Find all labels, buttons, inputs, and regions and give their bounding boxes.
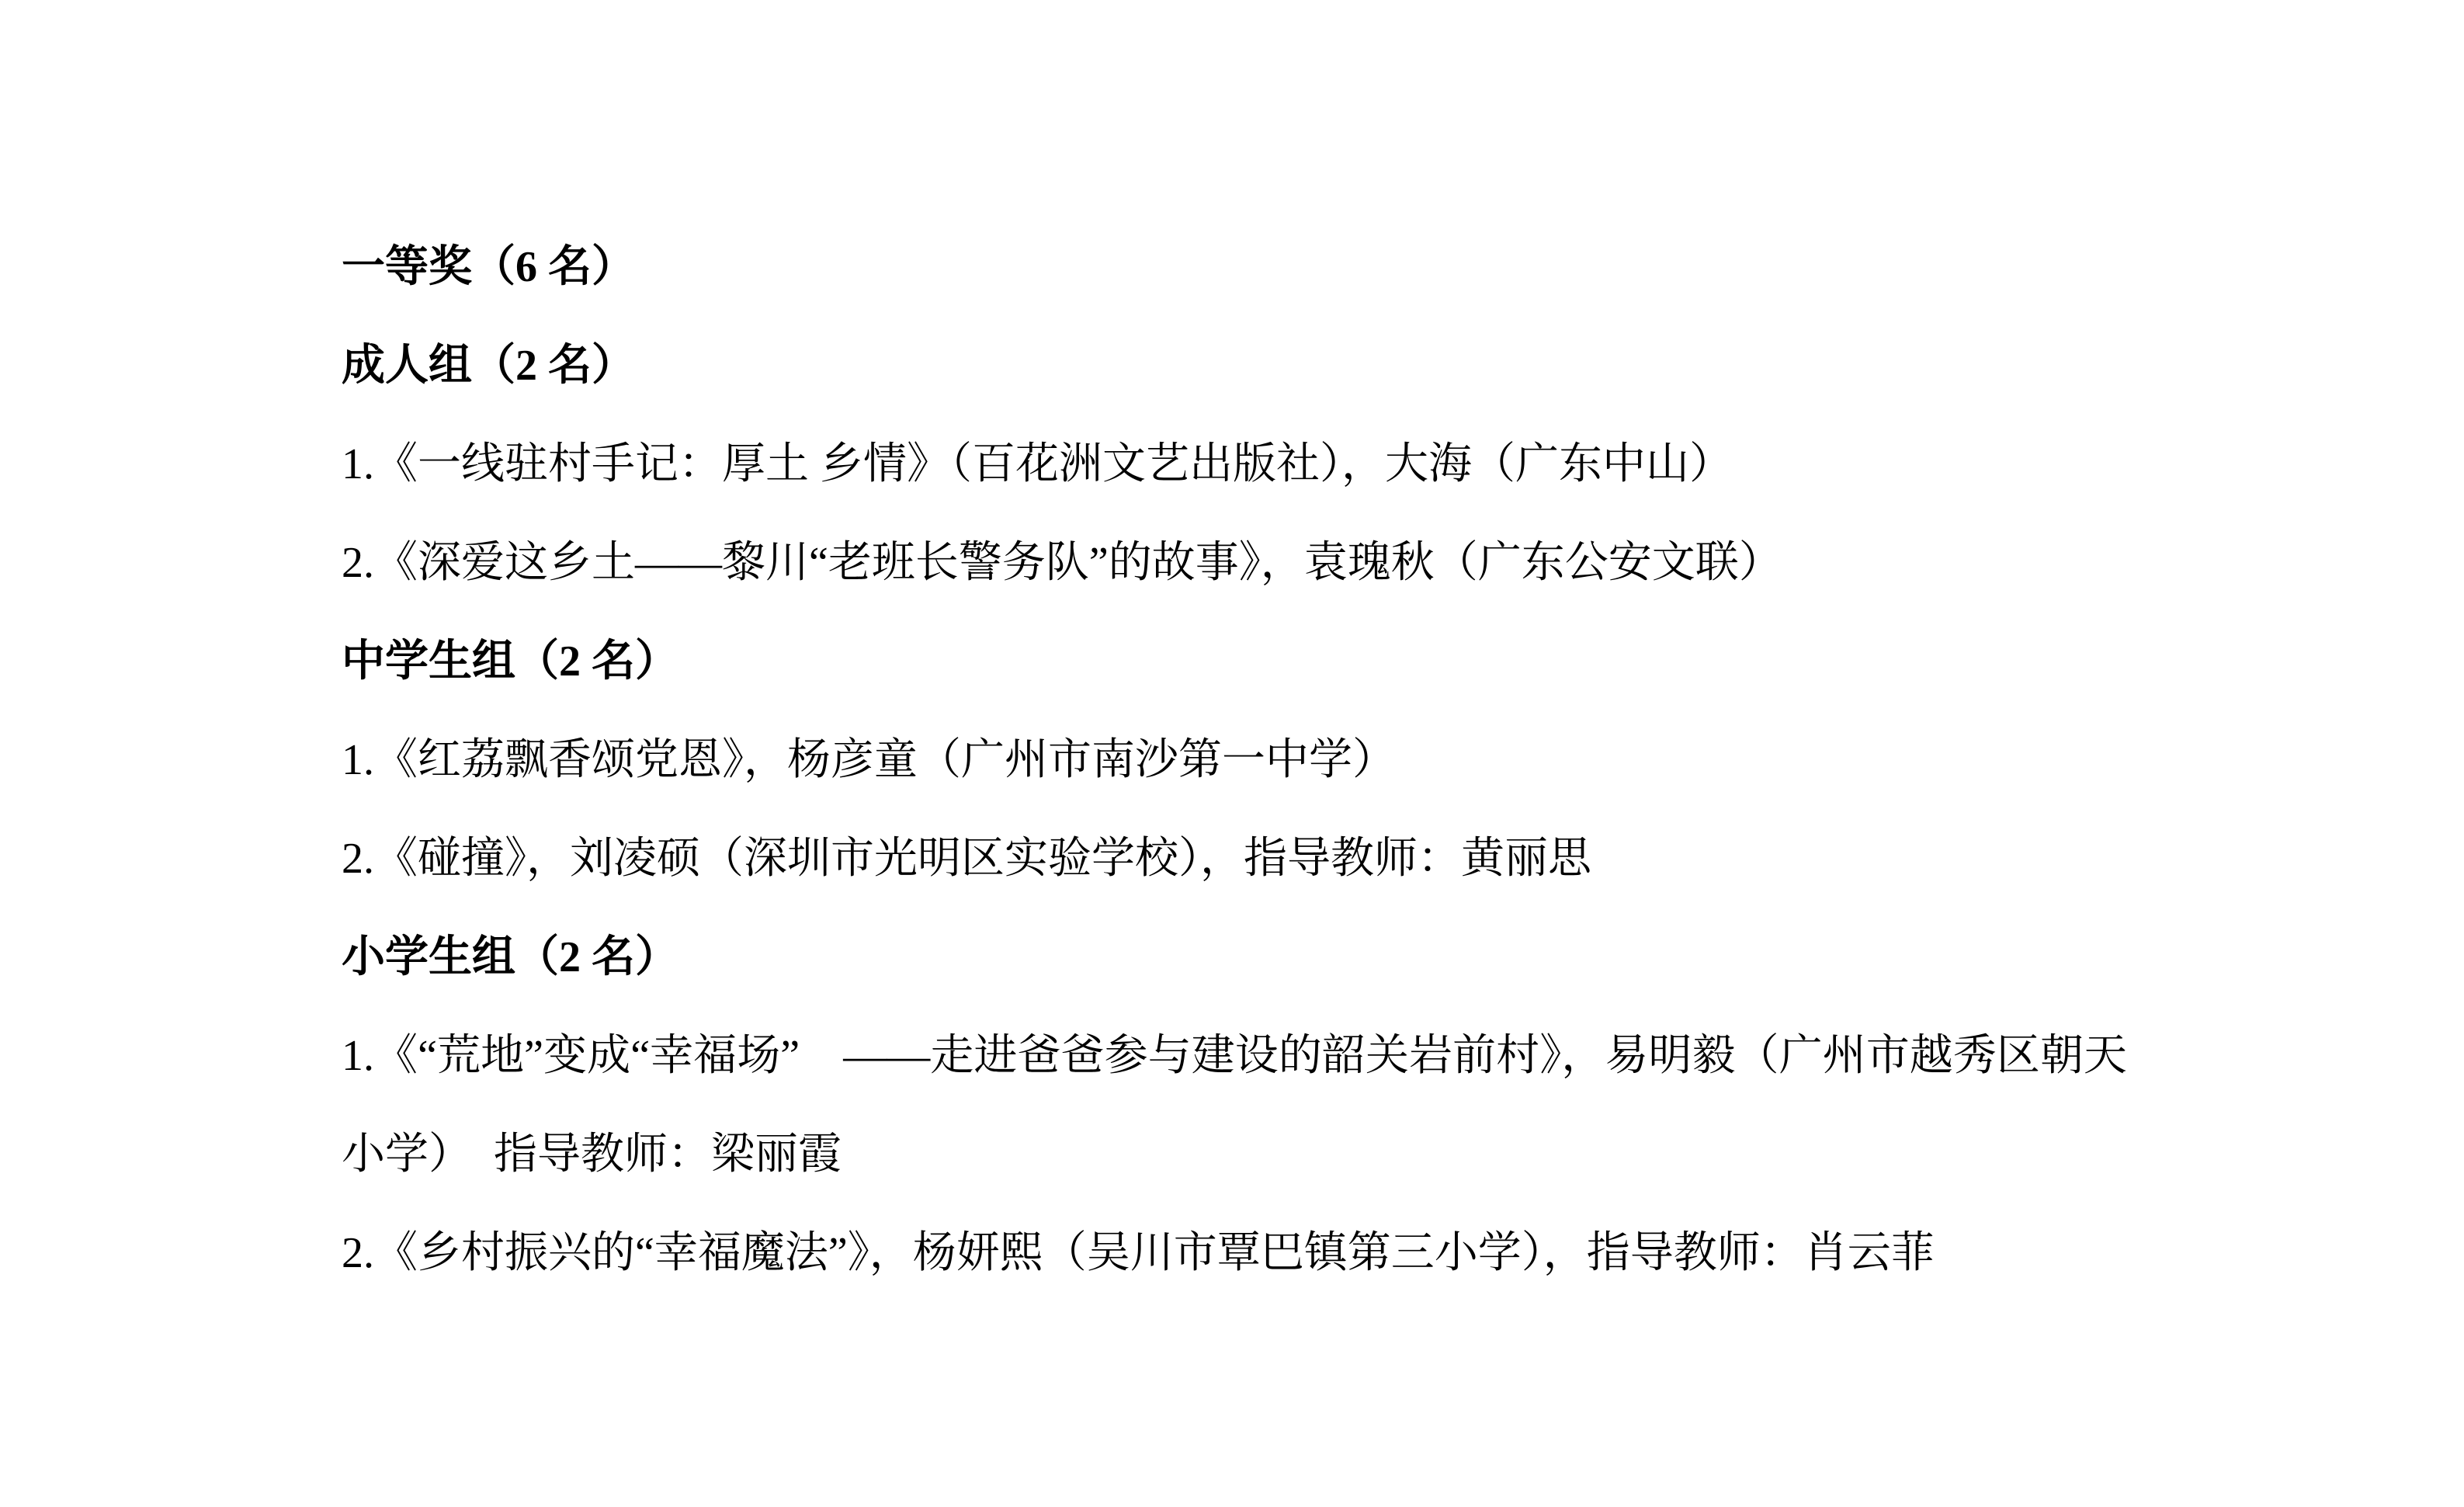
group-title-primary-school: 小学生组（2 名） — [342, 908, 2127, 1007]
award-item-adult-2: 2.《深爱这乡土——黎川“老班长警务队”的故事》，袁瑰秋（广东公安文联） — [342, 514, 2127, 613]
group-title-middle-school: 中学生组（2 名） — [342, 613, 2127, 711]
group-title-adult: 成人组（2 名） — [342, 317, 2127, 415]
award-item-adult-1: 1.《一线驻村手记：厚土 乡情》（百花洲文艺出版社），大海（广东中山） — [342, 415, 2127, 514]
award-item-primary-school-2: 2.《乡村振兴的“幸福魔法”》，杨妍熙（吴川市覃巴镇第三小学），指导教师：肖云菲 — [342, 1204, 2127, 1303]
document-page: 一等奖（6 名） 成人组（2 名） 1.《一线驻村手记：厚土 乡情》（百花洲文艺… — [342, 218, 2127, 1303]
first-prize-heading: 一等奖（6 名） — [342, 218, 2127, 317]
award-item-middle-school-1: 1.《红荔飘香颂党恩》，杨彦童（广州市南沙第一中学） — [342, 711, 2127, 810]
award-item-middle-school-2: 2.《碰撞》，刘凌硕（深圳市光明区实验学校），指导教师：黄丽思 — [342, 810, 2127, 908]
award-item-primary-school-1: 1.《“荒地”变成“幸福场” ——走进爸爸参与建设的韶关岩前村》，易明毅（广州市… — [342, 1007, 2127, 1204]
